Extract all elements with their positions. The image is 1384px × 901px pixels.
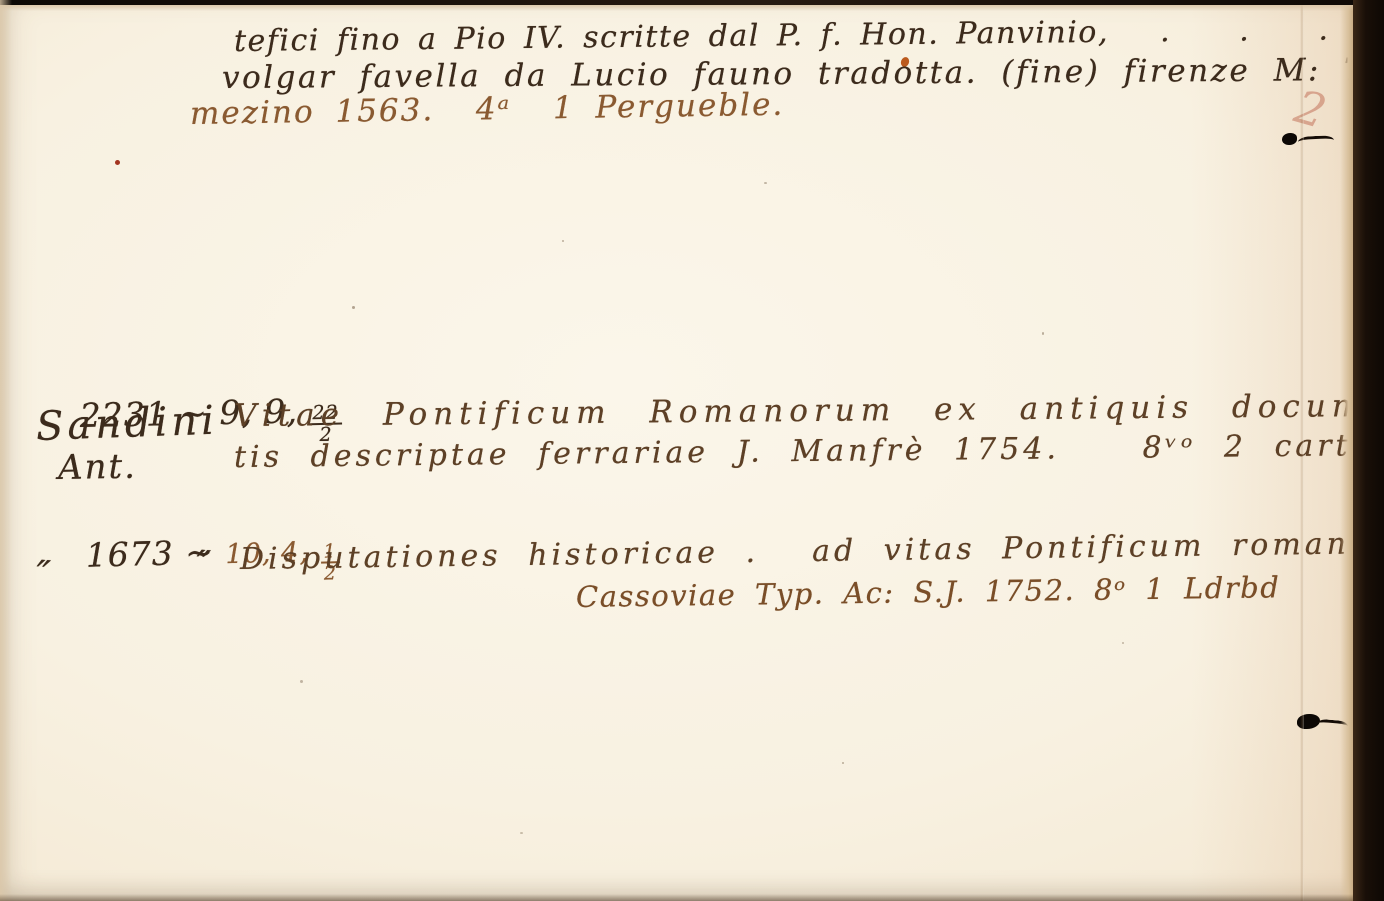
card-bottom-edge <box>0 894 1384 901</box>
paper-speck <box>1042 332 1044 335</box>
paper-speck <box>562 240 564 242</box>
paper-speck <box>300 680 303 683</box>
red-fleck <box>115 160 120 165</box>
ink-blot-upper <box>1282 133 1297 145</box>
entry1-author-surname: Sandini <box>35 398 218 450</box>
paper-speck <box>520 832 523 834</box>
paper-speck <box>352 306 355 309</box>
paper-speck <box>764 182 767 184</box>
photo-background-right <box>1353 0 1384 901</box>
card-top-edge <box>0 5 1384 11</box>
card-left-edge <box>0 0 12 901</box>
entry1-author-forename: Ant. <box>58 447 138 488</box>
scanned-catalog-card: tefici fino a Pio IV. scritte dal P. f. … <box>0 0 1384 901</box>
entry2-shelf-number: 1673 <box>85 534 174 575</box>
card-fold-line <box>1300 0 1304 901</box>
card-right-edge <box>1340 0 1354 901</box>
paper-speck <box>842 762 844 764</box>
paper-speck <box>1122 642 1124 644</box>
